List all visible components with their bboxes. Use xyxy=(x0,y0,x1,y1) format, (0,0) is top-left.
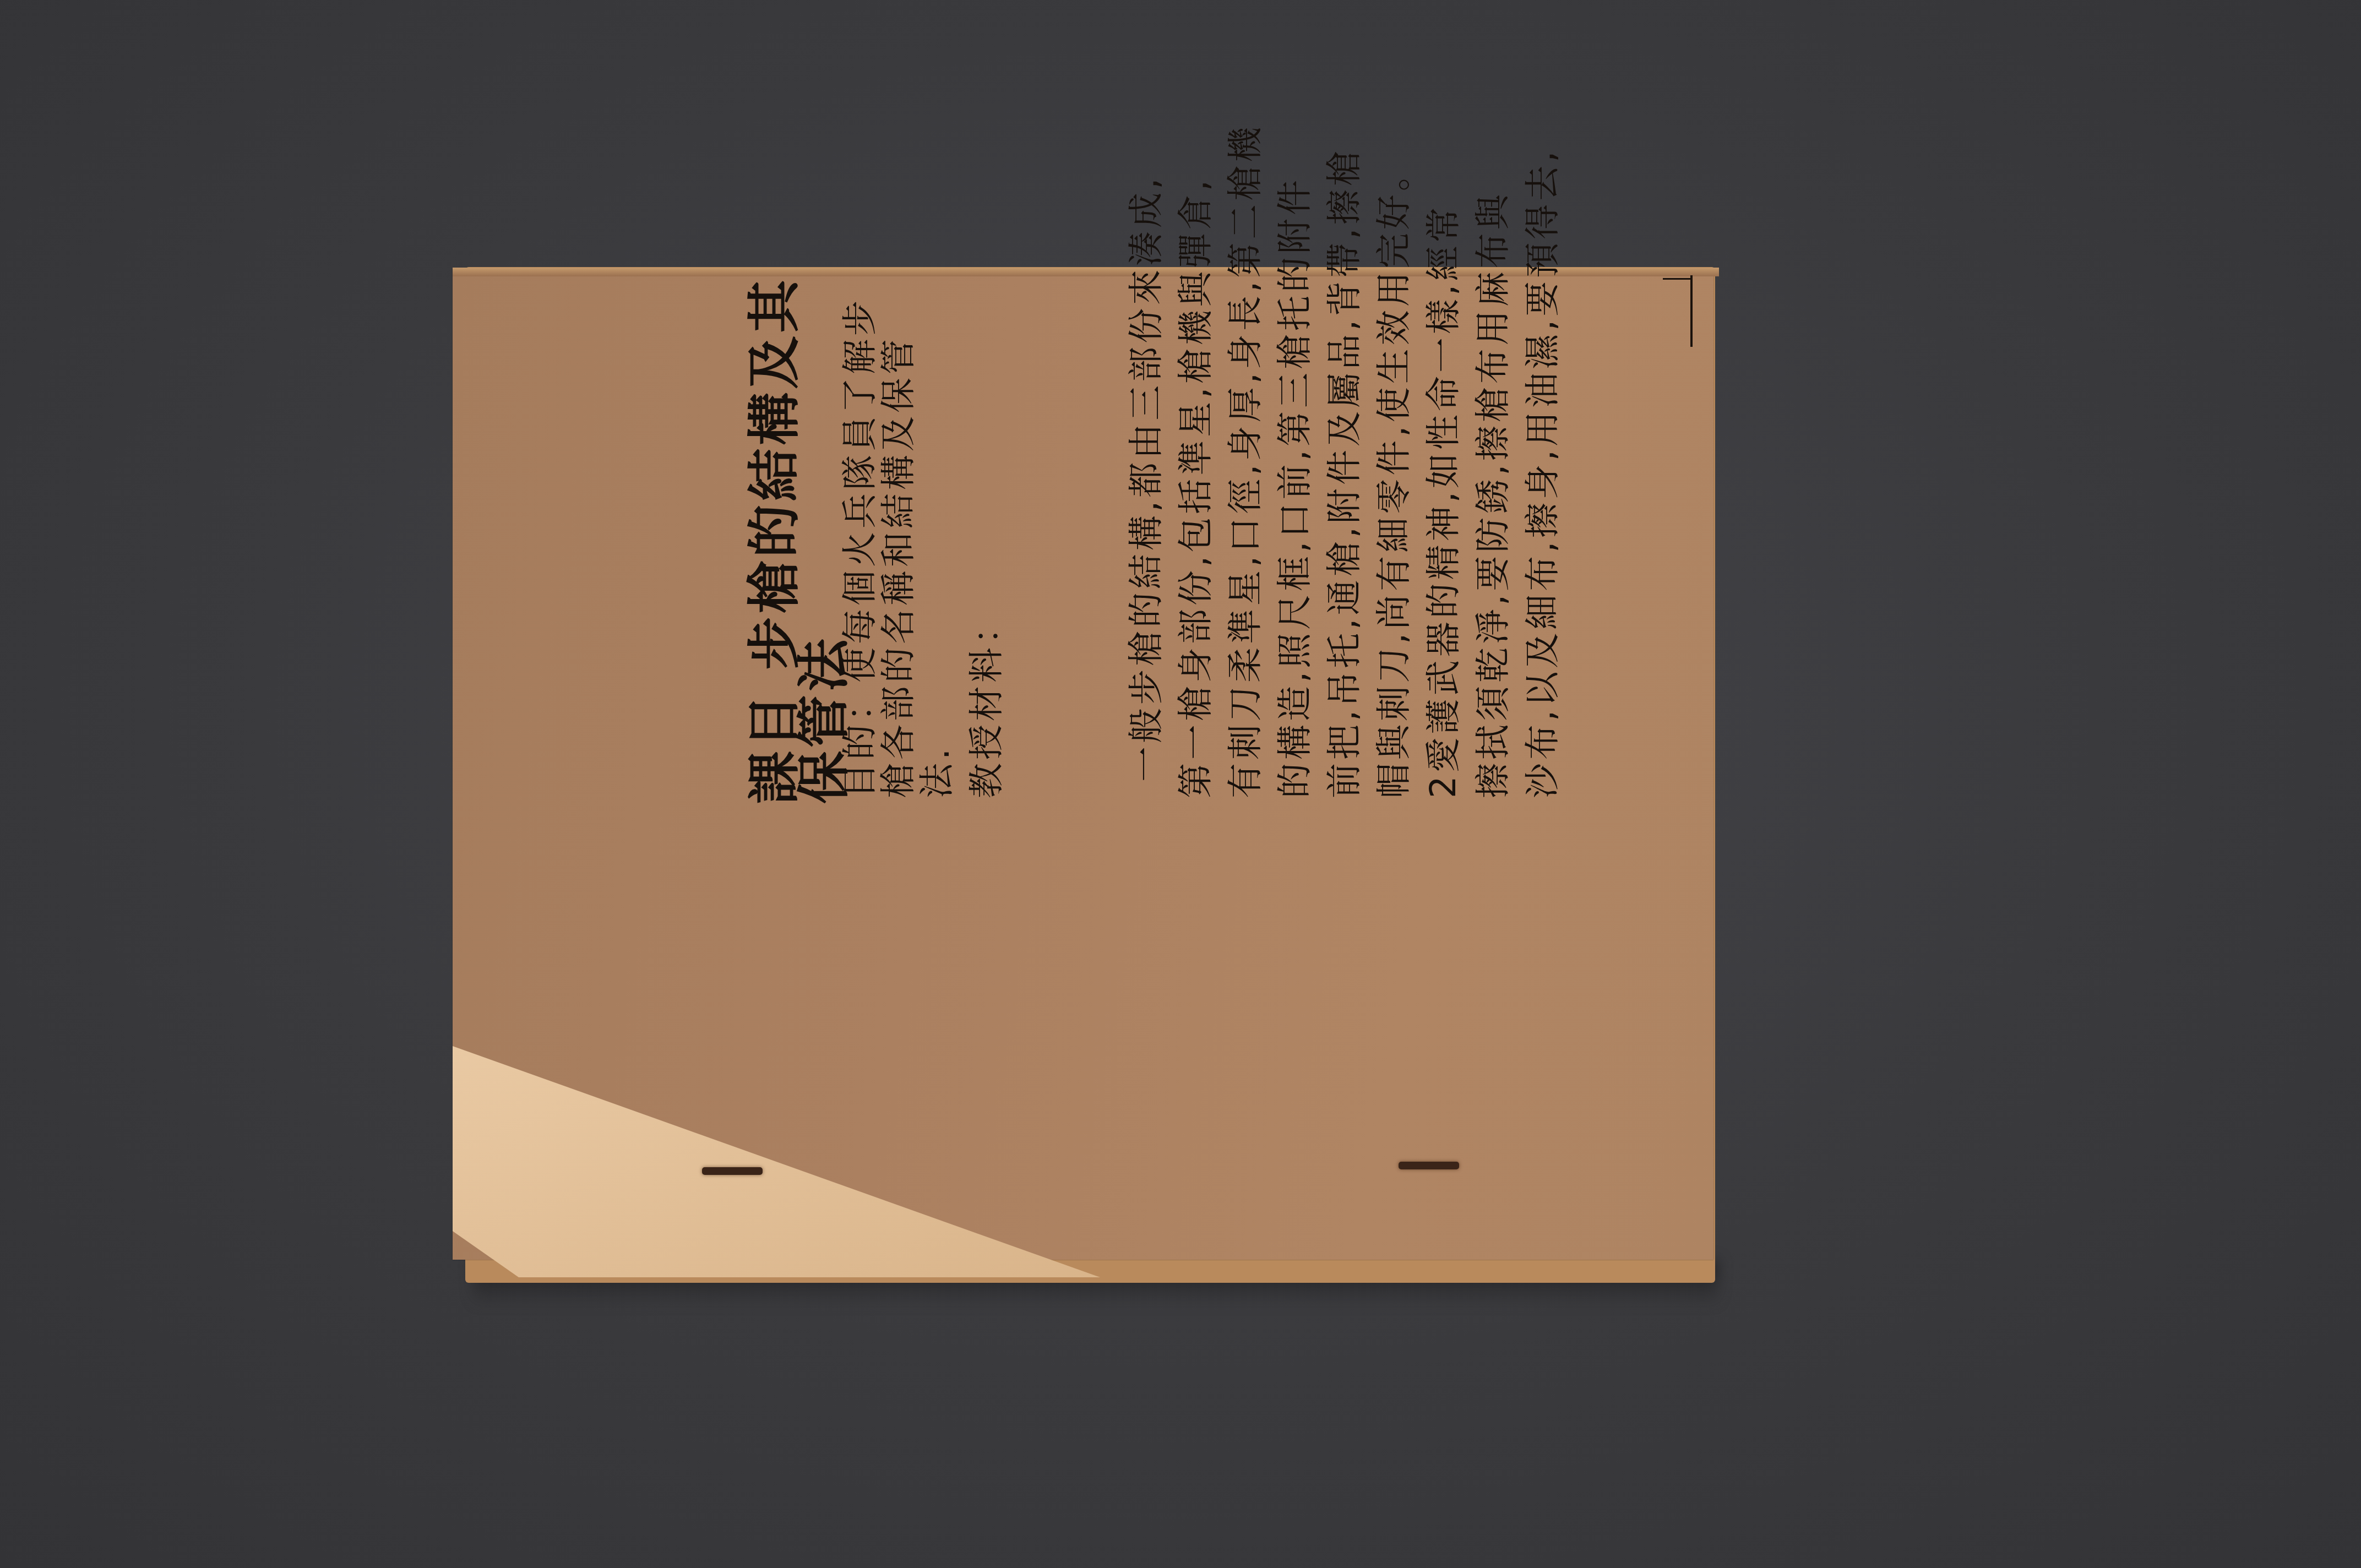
body-line: 帽與刺刀,尚有細零件,使生效用完好。 xyxy=(1366,153,1416,798)
body-line: 擦拭須乾淨,要防銹,擦槍布用麻布與 xyxy=(1465,191,1515,798)
staple-left xyxy=(702,1167,763,1175)
body-line: 第一槍身部份,包括準星,槍機與彈倉, xyxy=(1167,177,1218,798)
body-line: 有刺刀柔準星,口徑,身厚,身長,第二槍機 xyxy=(1217,124,1267,798)
body-line: 沙布,以及細布,擦身,用油濕,要預得去, xyxy=(1514,148,1565,798)
corner-mark xyxy=(1690,275,1693,347)
staple-right xyxy=(1399,1162,1459,1169)
materials-label: 教授材料： xyxy=(958,606,1009,798)
body-line: 前把,吊托,通槍,附件及屬品,背帶,擦槍 xyxy=(1316,148,1367,798)
corner-mark-top xyxy=(1663,278,1690,280)
body-line: 一般步槍的結構,都由三部份來湊成, xyxy=(1118,175,1168,782)
purpose-line-3: 法. xyxy=(909,745,959,798)
body-line: 的構造,照尺框,口前,第三槍托的附件 xyxy=(1266,177,1317,798)
body-line: 2愛護武器的精神,如性命一樣,經常 xyxy=(1415,204,1466,798)
purpose-line-2: 槍各部的名稱和結構及保管 xyxy=(870,336,921,798)
